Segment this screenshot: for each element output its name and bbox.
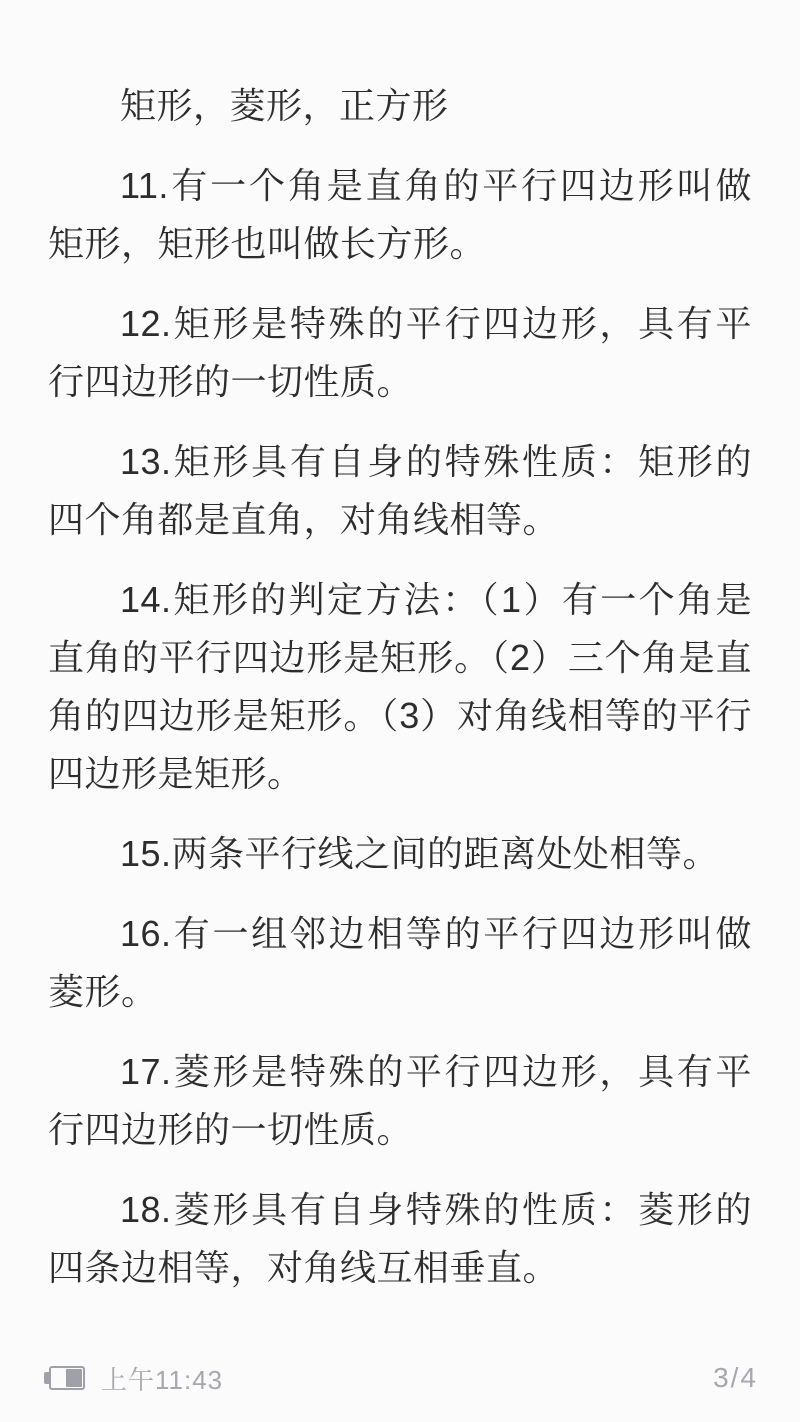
reader-screen: 矩形，菱形，正方形 11.有一个角是直角的平行四边形叫做矩形，矩形也叫做长方形。… [0, 0, 800, 1422]
paragraph-18: 18.菱形具有自身特殊的性质：菱形的四条边相等，对角线互相垂直。 [48, 1181, 752, 1297]
battery-fill [66, 1369, 82, 1387]
battery-half-icon [44, 1366, 85, 1390]
battery-body [49, 1366, 85, 1390]
status-left-group: 上午11:43 [44, 1360, 223, 1397]
paragraph-13: 13.矩形具有自身的特殊性质：矩形的四个角都是直角，对角线相等。 [48, 433, 752, 549]
paragraph-14: 14.矩形的判定方法：（1）有一个角是直角的平行四边形是矩形。（2）三个角是直角… [48, 571, 752, 803]
paragraph-17: 17.菱形是特殊的平行四边形，具有平行四边形的一切性质。 [48, 1043, 752, 1159]
paragraph-11: 11.有一个角是直角的平行四边形叫做矩形，矩形也叫做长方形。 [48, 157, 752, 273]
reader-page[interactable]: 矩形，菱形，正方形 11.有一个角是直角的平行四边形叫做矩形，矩形也叫做长方形。… [0, 0, 800, 1297]
paragraph-16: 16.有一组邻边相等的平行四边形叫做菱形。 [48, 905, 752, 1021]
paragraph-15: 15.两条平行线之间的距离处处相等。 [48, 825, 752, 883]
section-heading: 矩形，菱形，正方形 [48, 77, 752, 135]
page-indicator: 3/4 [713, 1362, 758, 1394]
status-bar: 上午11:43 3/4 [0, 1358, 800, 1398]
clock-time: 上午11:43 [101, 1360, 223, 1397]
paragraph-12: 12.矩形是特殊的平行四边形，具有平行四边形的一切性质。 [48, 295, 752, 411]
